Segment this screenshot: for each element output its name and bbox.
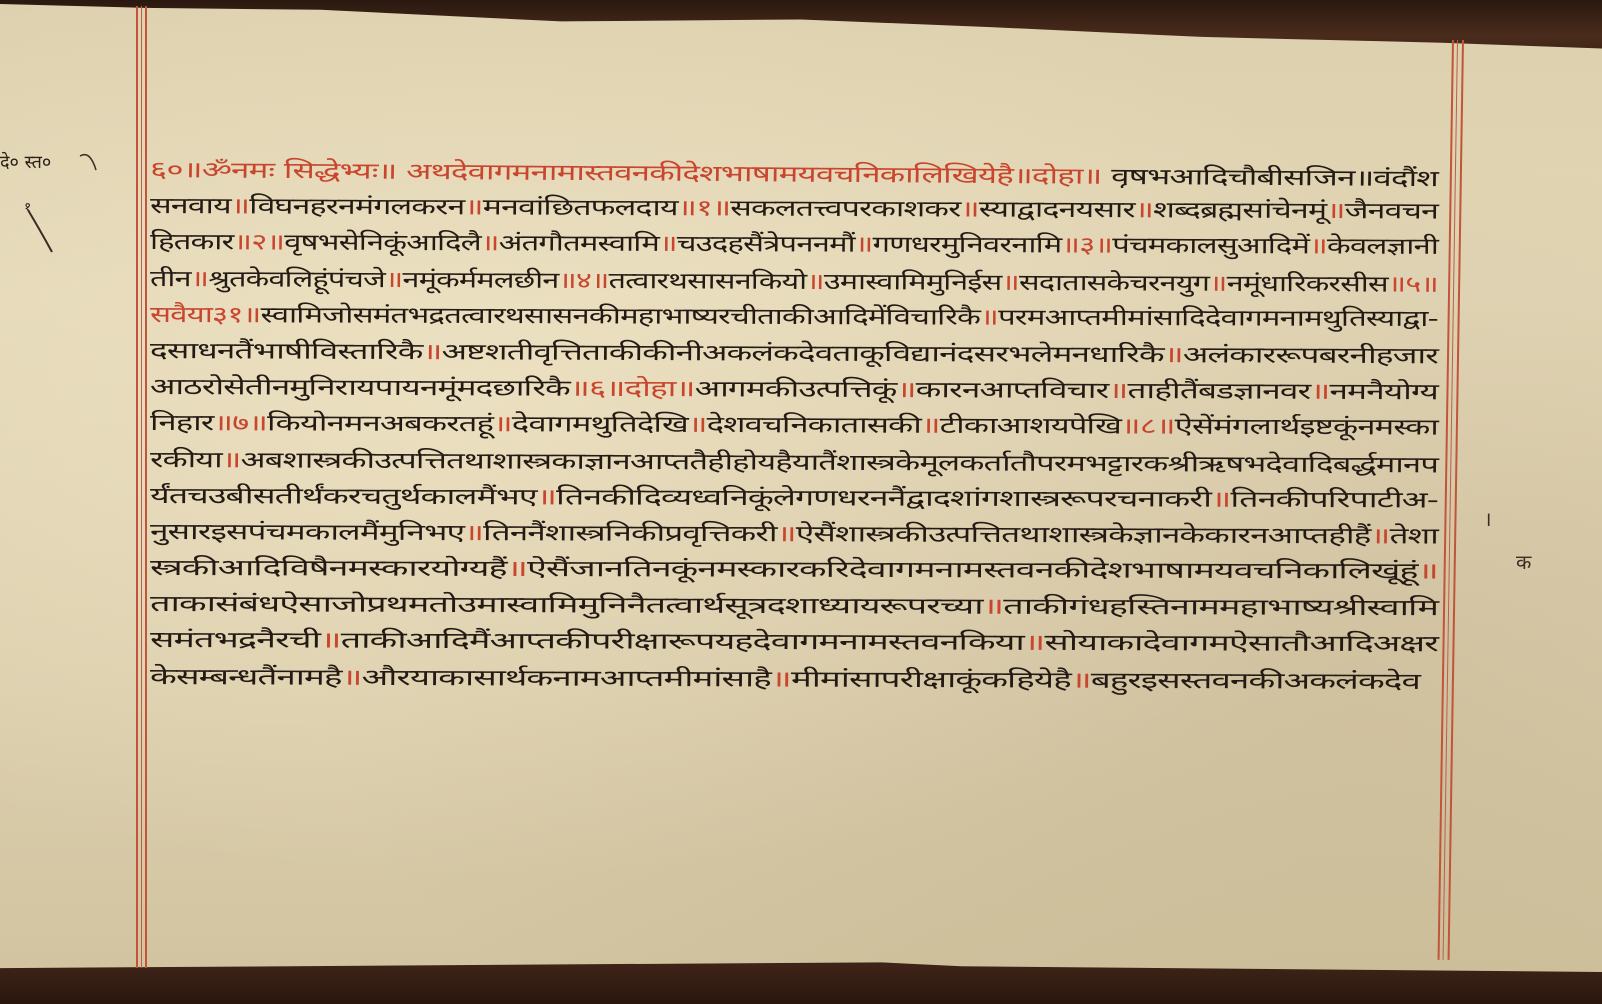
text-segment: तिननैंशास्त्रनिकीप्रवृत्तिकरी: [483, 520, 777, 547]
text-segment: नुसारइसपंचमकालमैंमुनिभए: [150, 519, 464, 546]
text-segment: सकलतत्त्वपरकाशकर: [730, 196, 960, 223]
rubric-segment: ॥: [688, 412, 707, 438]
text-segment: तीन: [150, 266, 191, 292]
left-margin-rule-mid: [141, 6, 142, 968]
folio-label: दे० स्त०: [0, 150, 51, 174]
text-segment: आगमकीउत्पत्तिकूं: [695, 376, 897, 403]
rubric-segment: ॥: [1001, 269, 1019, 295]
text-segment: तत्वारथसासनकियो: [608, 268, 806, 295]
text-segment: देवागमथुतिदेखि: [512, 412, 688, 439]
rubric-segment: ॥७॥: [213, 411, 267, 437]
text-segment: निहार: [150, 410, 213, 436]
text-segment: विघनहरनमंगलकरन: [249, 194, 464, 221]
manuscript-line: स्त्रकीआदिविषैनमस्कारयोग्यहैं॥ऐसैंजानतिन…: [150, 550, 1440, 586]
rubric-segment: ॥: [806, 269, 824, 295]
rubric-segment: ॥: [1417, 559, 1438, 585]
rubric-segment: ॥: [1024, 630, 1045, 656]
manuscript-line: दसाधनतैंभाषीविस्तारिकै॥अष्टशतीवृत्तिताकी…: [150, 333, 1440, 369]
rubric-segment: ॥३॥: [1061, 233, 1112, 259]
rubric-segment: ॥: [1309, 234, 1327, 260]
rubric-segment: ॥: [1209, 270, 1227, 296]
rubric-segment: ॥५॥: [1388, 271, 1438, 297]
text-segment: अलंकाररूपबरनीहजार: [1183, 342, 1438, 369]
text-segment: कियोनमनअबकरतहूं: [267, 411, 493, 438]
text-segment: औरयाकासार्थकनामआप्तमीमांसाहै: [361, 664, 771, 692]
text-segment: उमास्वामिमुनिईस: [824, 269, 1002, 296]
rubric-segment: ॥: [1326, 198, 1345, 224]
text-segment: ताहीतैंबडज्ञानवर: [1127, 378, 1310, 405]
text-segment: अंतगौतमस्वामि: [499, 231, 660, 258]
left-margin-rule-outer: [136, 6, 138, 968]
text-segment: ताकासंबंधऐसाजोप्रथमतोउमास्वामिमुनिनैतत्व…: [150, 591, 983, 620]
text-segment: पंचमकालसुआदिमें: [1112, 233, 1309, 260]
left-margin-rule-inner: [145, 6, 147, 968]
rubric-segment: ॥: [980, 304, 998, 330]
manuscript-line: सवैया३१॥स्वामिजोसमंतभद्रतत्वारथसासनकीमहा…: [150, 297, 1440, 333]
text-segment: परमआप्तमीमांसादिदेवागमनामथुतिस्याद्वा-: [998, 304, 1438, 331]
manuscript-text: ६०॥ॐनमः सिद्धेभ्यः॥ अथदेवागमनामास्तवनकीद…: [150, 152, 1440, 695]
rubric-segment: सवैया३१॥: [150, 302, 261, 328]
text-segment: मनवांछितफलदाय: [483, 195, 678, 222]
rubric-segment: ॥: [1211, 486, 1231, 512]
rubric-segment: ॥: [231, 194, 250, 220]
margin-stroke-icon: [26, 208, 56, 258]
manuscript-line: तीन॥श्रुतकेवलिहूंपंचजे॥नमूंकर्ममलछीन॥४॥त…: [150, 261, 1440, 297]
rubric-segment: ॥: [855, 232, 873, 258]
text-segment: नमूंधारिकरसीस: [1227, 270, 1388, 296]
text-segment: ताकीआदिमैंआप्तकीपरीक्षारूपयहदेवागमनामस्त…: [341, 628, 1024, 656]
rubric-segment: ॥: [191, 266, 209, 292]
text-segment: केवलज्ञानी: [1327, 234, 1438, 260]
rubric-segment: ॥८॥: [1121, 414, 1175, 440]
text-segment: रकीया: [150, 447, 222, 473]
text-segment: चउदहसैंत्रेपननमौं: [677, 231, 855, 258]
manuscript-line: ताकासंबंधऐसाजोप्रथमतोउमास्वामिमुनिनैतत्व…: [150, 586, 1440, 622]
rubric-segment: ॥१॥: [678, 195, 731, 221]
rubric-segment: ॥: [771, 666, 791, 692]
text-segment: टीकाआशयपेखि: [940, 413, 1121, 440]
rubric-segment: ॥: [896, 377, 915, 403]
wooden-surface-bottom: [0, 964, 1602, 1004]
rubric-segment: ॥: [777, 521, 796, 547]
text-segment: तिनकीदिव्यध्वनिकूंलेगणधरननैंद्वादशांगशास…: [556, 484, 1211, 512]
text-segment: स्याद्वादनयसार: [979, 197, 1135, 224]
manuscript-line: र्यंतचउबीसतीर्थंकरचतुर्थकालमैंभए॥तिनकीदि…: [150, 478, 1440, 514]
text-segment: नमूंकर्ममलछीन: [402, 267, 558, 294]
manuscript-line: आठरोसेतीनमुनिरायपायनमूंमदछारिकै॥६॥दोहा॥आ…: [150, 369, 1440, 405]
text-segment: तेशा: [1389, 523, 1438, 549]
text-segment: समंतभद्रनैरची: [150, 627, 320, 654]
text-segment: देशवचनिकातासकी: [707, 412, 921, 439]
manuscript-line: केसम्बन्धतैंनामहै॥औरयाकासार्थकनामआप्तमीम…: [150, 659, 1440, 695]
text-segment: श्रुतकेवलिहूंपंचजे: [208, 266, 385, 293]
manuscript-line: ६०॥ॐनमः सिद्धेभ्यः॥ अथदेवागमनामास्तवनकीद…: [150, 152, 1440, 188]
right-margin-mark-1: ।: [1484, 505, 1492, 532]
text-segment: मीमांसापरीक्षाकूंकहियेहै: [791, 666, 1071, 693]
rubric-segment: ॥: [982, 594, 1003, 620]
rubric-segment: ॥४॥: [558, 267, 608, 293]
text-segment: र्यंतचउबीसतीर्थंकरचतुर्थकालमैंभए: [150, 483, 537, 510]
manuscript-line: नुसारइसपंचमकालमैंमुनिभए॥तिननैंशास्त्रनिक…: [150, 514, 1440, 550]
rubric-segment: ॥: [1071, 667, 1091, 693]
rubric-segment: ॥: [1135, 197, 1154, 223]
text-segment: जैनवचन: [1345, 198, 1439, 224]
rubric-segment: ॥: [537, 484, 557, 510]
folio-label-flourish-icon: [78, 150, 102, 180]
rubric-segment: ॥: [464, 195, 483, 221]
text-segment: तिनकीपरिपाटीअ-: [1230, 486, 1438, 513]
text-segment: ऐसेंमंगलार्थइष्टकूंनमस्का: [1175, 414, 1438, 441]
text-segment: गणधरमुनिवरनामि: [872, 232, 1061, 259]
text-segment: ऐसैंशास्त्रकीउत्पत्तितथाशास्त्रकेज्ञानके…: [796, 521, 1371, 549]
rubric-segment: ६०॥ॐनमः सिद्धेभ्यः॥ अथदेवागमनामास्तवनकीद…: [150, 157, 1102, 188]
text-segment: सनवाय: [150, 193, 231, 219]
text-segment: स्वामिजोसमंतभद्रतत्वारथसासनकीमहाभाष्यरची…: [260, 302, 980, 330]
text-segment: आठरोसेतीनमुनिरायपायनमूंमदछारिकै: [150, 374, 570, 402]
manuscript-line: समंतभद्रनैरची॥ताकीआदिमैंआप्तकीपरीक्षारूप…: [150, 622, 1440, 658]
right-margin-mark-2: क: [1516, 548, 1531, 575]
text-segment: वृषभआदिचौबीसजिन॥वंदौंश: [1101, 164, 1438, 188]
manuscript-line: सनवाय॥विघनहरनमंगलकरन॥मनवांछितफलदाय॥१॥सकल…: [150, 188, 1440, 224]
manuscript-line: निहार॥७॥कियोनमनअबकरतहूं॥देवागमथुतिदेखि॥द…: [150, 405, 1440, 441]
manuscript-line: रकीया॥अबशास्त्रकीउत्पत्तितथाशास्त्रकाज्ञ…: [150, 442, 1440, 478]
text-segment: शब्दब्रह्मसांचेनमूं: [1153, 197, 1326, 224]
rubric-segment: ॥: [481, 231, 499, 257]
rubric-segment: ॥: [960, 197, 979, 223]
text-segment: दसाधनतैंभाषीविस्तारिकै: [150, 338, 423, 365]
rubric-segment: ॥: [222, 447, 241, 473]
rubric-segment: ॥: [320, 628, 341, 654]
text-segment: कारनआप्तविचार: [916, 377, 1109, 404]
rubric-segment: ॥: [1370, 523, 1389, 549]
text-segment: केसम्बन्धतैंनामहै: [150, 664, 342, 691]
rubric-segment: ॥: [921, 413, 940, 439]
rubric-segment: ॥२॥: [233, 230, 284, 256]
text-segment: अबशास्त्रकीउत्पत्तितथाशास्त्रकाज्ञानआप्त…: [240, 447, 1438, 478]
rubric-segment: ॥: [422, 339, 441, 365]
rubric-segment: ॥: [1310, 379, 1329, 405]
rubric-segment: ॥: [1164, 342, 1183, 368]
rubric-segment: ॥: [341, 664, 361, 690]
text-segment: ताकीगंधहस्तिनाममहाभाष्यश्रीस्वामि: [1003, 594, 1438, 621]
rubric-segment: ॥६॥दोहा॥: [570, 376, 695, 403]
rubric-segment: ॥: [659, 231, 677, 257]
rubric-segment: ॥: [493, 412, 512, 438]
text-segment: बहुरइसस्तवनकीअकलंकदेव: [1091, 667, 1420, 694]
rubric-segment: ॥: [1108, 378, 1127, 404]
text-segment: वृषभसेनिकूंआदिलै: [284, 230, 481, 257]
text-segment: अष्टशतीवृत्तिताकीकीनीअकलंकदेवताकूविद्यान…: [441, 339, 1163, 368]
text-segment: हितकार: [150, 229, 233, 255]
text-segment: ऐसैंजानतिनकूंनमस्कारकरिदेवागमनामस्तवनकीद…: [527, 556, 1418, 584]
text-segment: सदातासकेचरनयुग: [1019, 269, 1209, 296]
manuscript-line: हितकार॥२॥वृषभसेनिकूंआदिलै॥अंतगौतमस्वामि॥…: [150, 224, 1440, 260]
rubric-segment: ॥: [464, 520, 483, 546]
text-segment: नमनैयोग्य: [1329, 379, 1438, 405]
text-segment: सोयाकादेवागमऐसातौआदिअक्षर: [1044, 630, 1438, 657]
text-segment: स्त्रकीआदिविषैनमस्कारयोग्यहैं: [150, 555, 507, 582]
rubric-segment: ॥: [385, 267, 403, 293]
rubric-segment: ॥: [506, 556, 527, 582]
